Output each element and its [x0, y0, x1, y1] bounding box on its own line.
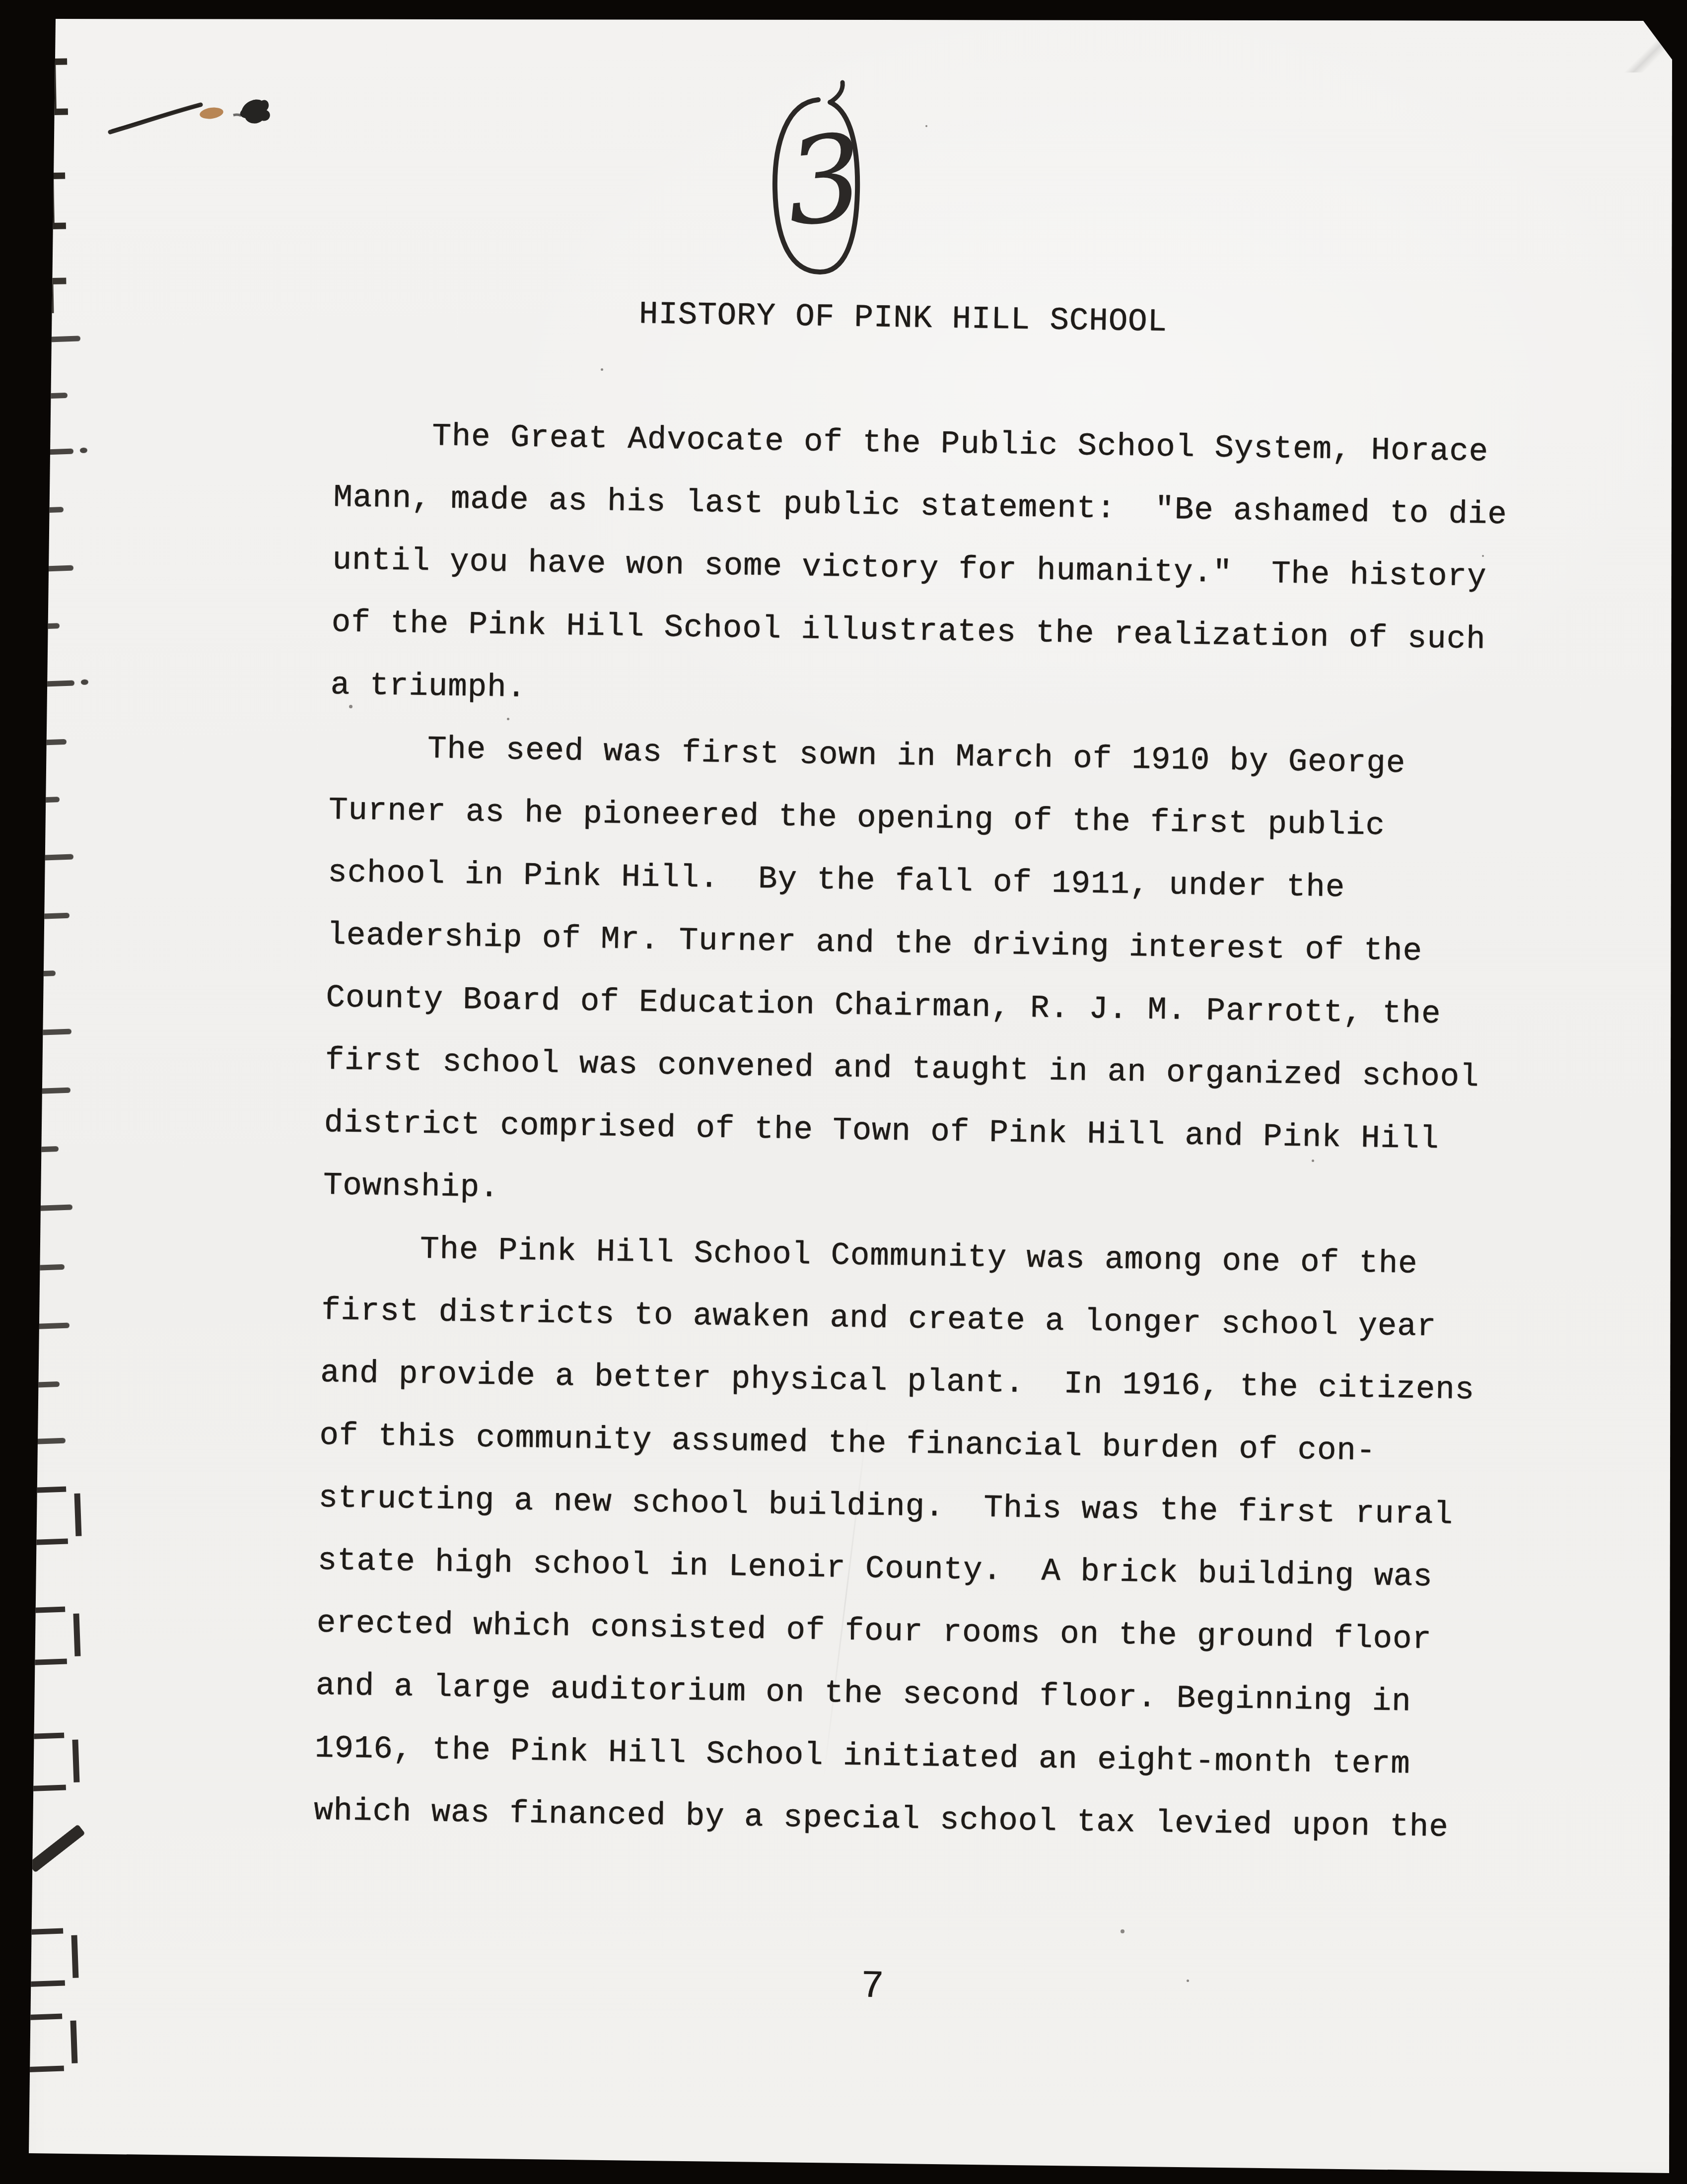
- paper-speck: [601, 368, 603, 371]
- binding-mark: [30, 1381, 60, 1388]
- handwritten-number: 3: [781, 108, 869, 253]
- binding-mark: [20, 2014, 64, 2073]
- typed-line: Township.: [323, 1155, 499, 1220]
- binding-mark: [33, 277, 67, 321]
- paper-speck: [1482, 555, 1484, 557]
- binding-mark: [37, 623, 60, 629]
- binding-mark: [35, 507, 64, 513]
- paper-speck: [925, 125, 927, 127]
- binding-mark: [32, 797, 60, 803]
- binding-mark: [21, 1928, 65, 1987]
- binding-mark: [34, 172, 66, 229]
- paper-speck: [1187, 1979, 1189, 1982]
- document-page: 3 HISTORY OF PINK HILL SCHOOL The Great …: [0, 0, 1687, 2184]
- scanned-document: 3 HISTORY OF PINK HILL SCHOOL The Great …: [0, 0, 1687, 2184]
- paper-speck: [507, 718, 509, 720]
- binding-mark: [34, 739, 67, 746]
- paper-speck: [1121, 1929, 1125, 1933]
- paper-speck: [349, 705, 352, 708]
- binding-mark: [24, 1487, 68, 1546]
- binding-mark: [30, 1146, 59, 1153]
- binding-mark: [22, 1733, 66, 1792]
- document-title: HISTORY OF PINK HILL SCHOOL: [638, 283, 1168, 354]
- binding-mark: [23, 1607, 67, 1666]
- typed-line: a triumph.: [330, 654, 527, 720]
- paper-speck: [1312, 1160, 1314, 1162]
- binding-mark: [31, 970, 56, 977]
- binding-mark: [36, 393, 68, 399]
- scan-background: { "theme": { "paper_color": "#f2f1ef", "…: [0, 0, 1687, 2184]
- binding-mark: [36, 58, 68, 115]
- page-number: 7: [860, 1960, 885, 2015]
